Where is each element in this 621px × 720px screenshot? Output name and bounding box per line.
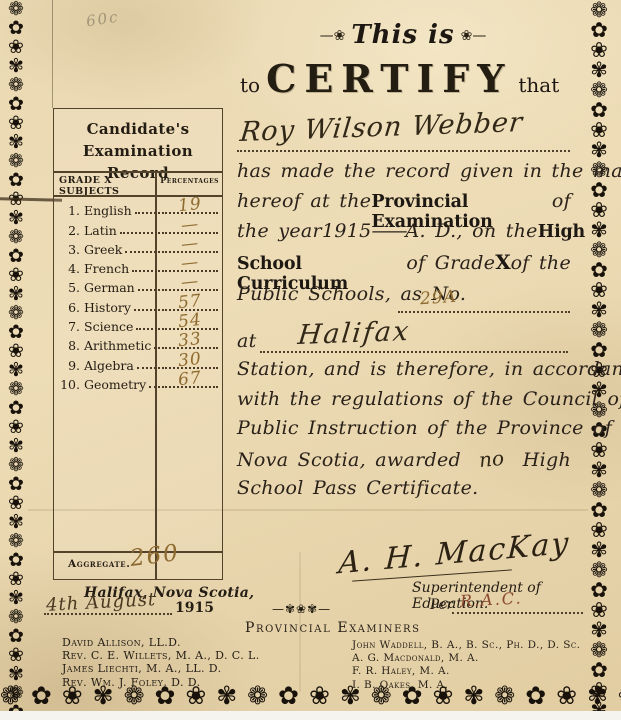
record-title-line1: Candidate's [54, 118, 222, 140]
per-initials-script: R.A.C. [460, 588, 523, 610]
row-number: 3. [59, 242, 84, 257]
examiner-name: Rev. Wm. J. Foley, D. D. [62, 676, 260, 689]
dot-leader [136, 328, 160, 330]
ad-on-the-text: A. D., on the [406, 220, 538, 242]
floral-border-left-icon: ❁ ✿ ❀ ✾ ❁ ✿ ❀ ✾ ❁ ✿ ❀ ✾ ❁ ✿ ❀ ✾ ❁ ✿ ❀ ✾ … [0, 0, 32, 711]
record-col-percentages: Percentages [160, 175, 219, 185]
of-the-text: of the [511, 252, 571, 274]
examiner-name: A. G. Macdonald, M. A. [352, 652, 580, 665]
station-name-script: Halifax [296, 316, 411, 351]
examiners-heading: Provincial Examiners [245, 620, 421, 636]
name-dotted-line [237, 150, 570, 152]
row-number: 2. [59, 223, 84, 238]
dash-filler: —— [372, 220, 406, 242]
number-dotted-line [398, 311, 570, 313]
body-line-2-end: of [552, 190, 571, 212]
dot-leader [137, 367, 160, 369]
subject-label: Greek [84, 242, 123, 257]
body-line-3: the year 1915 —— A. D., on the High [237, 220, 571, 242]
certify-text: CERTIFY [266, 56, 512, 101]
subject-label: German [84, 280, 136, 295]
examination-record-table: Candidate's Examination Record GRADE X S… [53, 108, 223, 580]
examiner-name: F. R. Haley, M. A. [352, 665, 580, 678]
scroll-flourish-right-icon: ❀— [461, 28, 487, 44]
pencil-note: 60c [85, 7, 121, 30]
aggregate-value: 260 [129, 540, 182, 572]
score-value: 19 [177, 194, 203, 216]
subject-label: Science [84, 319, 134, 334]
examiner-name: John Waddell, B. A., B. Sc., Ph. D., D. … [352, 639, 580, 652]
row-number: 6. [59, 300, 84, 315]
that-text: that [518, 73, 559, 97]
row-number: 5. [59, 280, 84, 295]
year-1915-text: 1915 [322, 220, 372, 242]
date-dotted-line [44, 613, 172, 615]
body-line-5: Public Schools, as No. [237, 283, 571, 305]
date-handwritten: 4th August [46, 589, 157, 616]
body-line-8: with the regulations of the Council of [237, 388, 571, 410]
subject-label: Algebra [84, 358, 135, 373]
aggregate-label: Aggregate. [68, 558, 130, 570]
this-is-text: This is [351, 20, 454, 50]
the-year-text: the year [237, 220, 322, 242]
examiner-name: James Liechti, M. A., LL. D. [62, 662, 260, 675]
exam-number-script: 29A [419, 287, 457, 310]
year-printed: 1915 [175, 600, 214, 616]
dot-leader [138, 289, 160, 291]
divider-ornament-icon: —✾❀✾— [272, 602, 331, 616]
examiner-name: David Allison, LL.D. [62, 636, 260, 649]
score-value: 67 [177, 368, 203, 390]
record-rule-1 [54, 171, 222, 173]
certify-heading: toCERTIFYthat [240, 56, 574, 101]
body-line-1: has made the record given in the margin [237, 160, 571, 182]
examiner-name: I. B. Oakes, M. A. [352, 679, 580, 692]
dot-leader [120, 232, 160, 234]
inner-rule-line [52, 0, 53, 108]
record-col-subjects: GRADE X SUBJECTS [59, 175, 160, 197]
record-rows: 1.English19 2.Latin— 3.Greek— 4.French— … [54, 199, 222, 392]
body-line-2-script: hereof at the [237, 190, 371, 212]
nova-scotia-awarded-text: Nova Scotia, awarded [237, 449, 461, 471]
dot-leader [154, 347, 160, 349]
no-handwritten: no [478, 446, 505, 472]
score-value: — [180, 272, 200, 294]
dot-leader [132, 270, 160, 272]
row-number: 7. [59, 319, 84, 334]
certificate-header: —❀This is❀— [236, 20, 570, 50]
row-number: 9. [59, 358, 84, 373]
row-number: 8. [59, 338, 84, 353]
subject-label: Geometry [84, 377, 147, 392]
body-line-9: Public Instruction of the Province of [237, 417, 571, 439]
table-row: 10.Geometry67 [54, 373, 222, 392]
dot-leader [125, 251, 160, 253]
dot-leader [135, 212, 160, 214]
of-grade-text: of Grade [406, 252, 495, 274]
dot-leader [134, 309, 160, 311]
subject-label: History [84, 300, 132, 315]
body-line-7: Station, and is therefore, in accordance [237, 358, 571, 380]
high-text: High [523, 449, 571, 471]
examiner-name: Rev. C. E. Willets, M. A., D. C. L. [62, 649, 260, 662]
grade-x-gothic: X [495, 250, 510, 274]
row-number: 10. [59, 377, 84, 392]
subject-label: English [84, 203, 133, 218]
scroll-flourish-left-icon: —❀ [320, 28, 346, 44]
scan-edge-strip [0, 711, 621, 720]
candidate-name-script: Roy Wilson Webber [238, 107, 524, 148]
to-text: to [240, 73, 260, 97]
row-number: 1. [59, 203, 84, 218]
certificate-page: ❁ ✿ ❀ ✾ ❁ ✿ ❀ ✾ ❁ ✿ ❀ ✾ ❁ ✿ ❀ ✾ ❁ ✿ ❀ ✾ … [0, 0, 621, 720]
body-line-10: Nova Scotia, awarded no High [237, 447, 571, 471]
subject-label: French [84, 261, 130, 276]
subject-label: Arithmetic [84, 338, 152, 353]
station-dotted-line [260, 351, 568, 353]
row-number: 4. [59, 261, 84, 276]
per-label: Per [430, 597, 453, 613]
per-dotted-line [452, 612, 583, 614]
examiners-right-column: John Waddell, B. A., B. Sc., Ph. D., D. … [352, 639, 580, 692]
examiners-left-column: David Allison, LL.D. Rev. C. E. Willets,… [62, 636, 260, 689]
score-cell: 67 [162, 386, 218, 388]
high-gothic: High [538, 222, 585, 242]
body-line-11: School Pass Certificate. [237, 477, 571, 499]
dot-leader [149, 386, 160, 388]
subject-label: Latin [84, 223, 118, 238]
